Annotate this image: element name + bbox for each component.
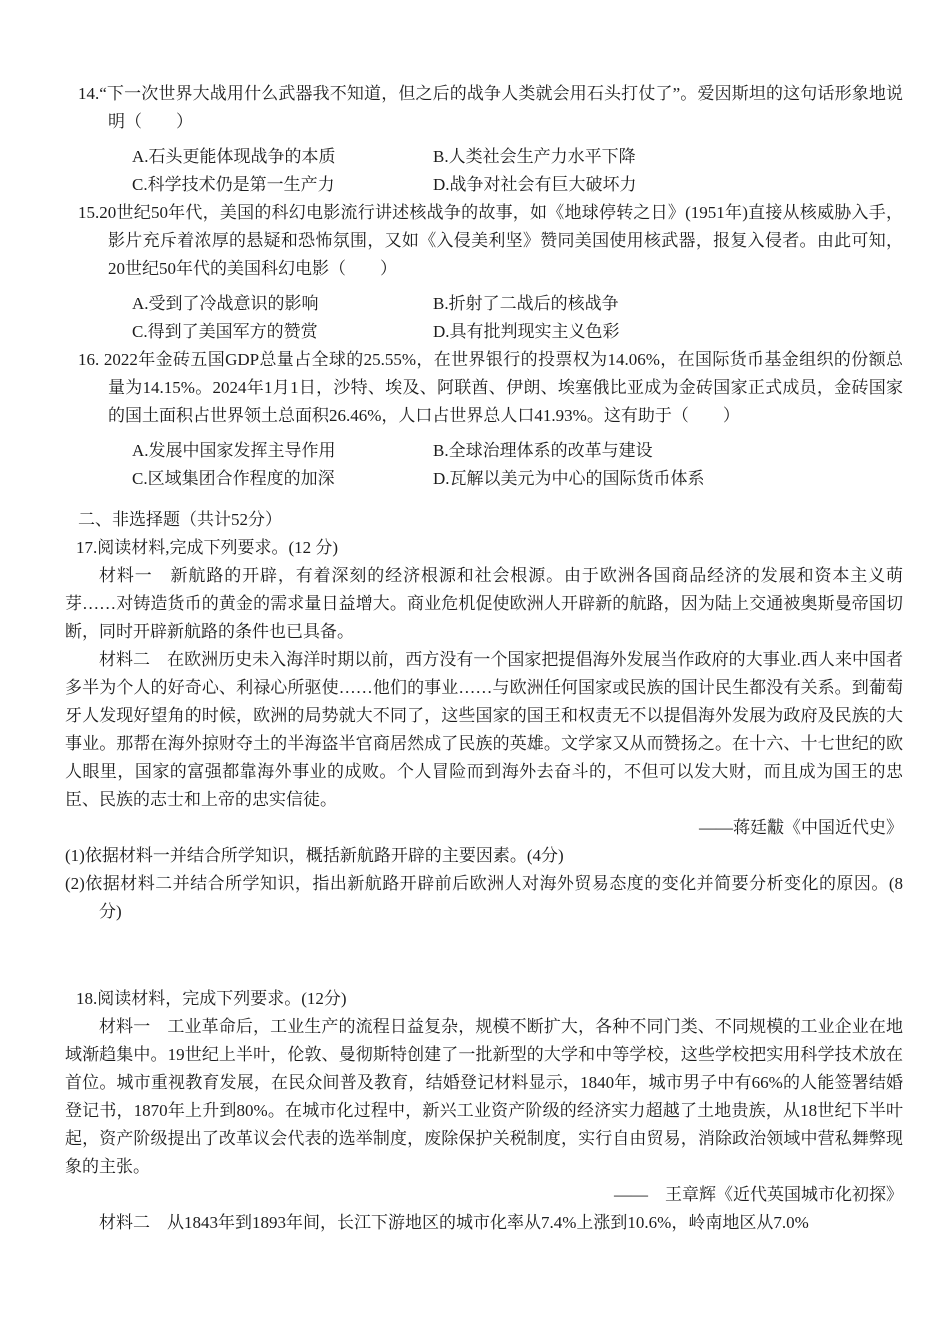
material-one-paragraph: 材料一 新航路的开辟，有着深刻的经济根源和社会根源。由于欧洲各国商品经济的发展和… (65, 562, 903, 646)
question-14-stem-line: 14.“下一次世界大战用什么武器我不知道，但之后的战争人类就会用石头打仗了”。爱… (78, 80, 903, 136)
question-number: 16. (78, 350, 99, 369)
material-one-paragraph: 材料一 工业革命后，工业生产的流程日益复杂，规模不断扩大，各种不同门类、不同规模… (65, 1013, 903, 1181)
material-two-partial-paragraph: 材料二 从1843年到1893年间，长江下游地区的城市化率从7.4%上涨到10.… (65, 1209, 903, 1237)
material-two-paragraph: 材料二 在欧洲历史未入海洋时期以前，西方没有一个国家把提倡海外发展当作政府的大事… (65, 646, 903, 814)
question-16-options: A.发展中国家发挥主导作用 B.全球治理体系的改革与建设 C.区域集团合作程度的… (78, 437, 903, 493)
option-c: C.区域集团合作程度的加深 (132, 465, 433, 493)
option-a: A.石头更能体现战争的本质 (132, 143, 433, 171)
question-15-options: A.受到了冷战意识的影响 B.折射了二战后的核战争 C.得到了美国军方的赞赏 D… (78, 290, 903, 346)
exam-document-page: 14.“下一次世界大战用什么武器我不知道，但之后的战争人类就会用石头打仗了”。爱… (0, 0, 950, 1344)
option-b: B.全球治理体系的改革与建设 (433, 437, 903, 465)
question-14: 14.“下一次世界大战用什么武器我不知道，但之后的战争人类就会用石头打仗了”。爱… (78, 80, 903, 199)
sub-question-1: (1)依据材料一并结合所学知识，概括新航路开辟的主要因素。(4分) (65, 842, 903, 870)
question-number: 14. (78, 84, 99, 103)
question-16-stem-line: 16. 2022年金砖五国GDP总量占全球的25.55%，在世界银行的投票权为1… (78, 346, 903, 430)
question-18: 18.阅读材料，完成下列要求。(12分) 材料一 工业革命后，工业生产的流程日益… (65, 985, 903, 1237)
source-attribution-jiang: ——蒋廷黻《中国近代史》 (65, 814, 903, 842)
option-c: C.科学技术仍是第一生产力 (132, 171, 433, 199)
question-stem: 20世纪50年代，美国的科幻电影流行讲述核战争的故事，如《地球停转之日》(195… (99, 203, 903, 278)
section-two-header: 二、非选择题（共计52分） (78, 506, 903, 534)
question-stem: “下一次世界大战用什么武器我不知道，但之后的战争人类就会用石头打仗了”。爱因斯坦… (99, 84, 903, 131)
question-14-options: A.石头更能体现战争的本质 B.人类社会生产力水平下降 C.科学技术仍是第一生产… (78, 143, 903, 199)
option-a: A.受到了冷战意识的影响 (132, 290, 433, 318)
question-17: 17.阅读材料,完成下列要求。(12 分) 材料一 新航路的开辟，有着深刻的经济… (65, 534, 903, 926)
option-c: C.得到了美国军方的赞赏 (132, 318, 433, 346)
option-d: D.瓦解以美元为中心的国际货币体系 (433, 465, 903, 493)
question-16: 16. 2022年金砖五国GDP总量占全球的25.55%，在世界银行的投票权为1… (78, 346, 903, 493)
question-18-heading: 18.阅读材料，完成下列要求。(12分) (76, 985, 903, 1013)
question-number: 15. (78, 203, 99, 222)
option-b: B.人类社会生产力水平下降 (433, 143, 903, 171)
option-b: B.折射了二战后的核战争 (433, 290, 903, 318)
question-stem: 2022年金砖五国GDP总量占全球的25.55%，在世界银行的投票权为14.06… (99, 350, 903, 425)
option-d: D.战争对社会有巨大破坏力 (433, 171, 903, 199)
question-15-stem-line: 15.20世纪50年代，美国的科幻电影流行讲述核战争的故事，如《地球停转之日》(… (78, 199, 903, 283)
question-17-heading: 17.阅读材料,完成下列要求。(12 分) (76, 534, 903, 562)
sub-question-2: (2)依据材料二并结合所学知识，指出新航路开辟前后欧洲人对海外贸易态度的变化并简… (65, 870, 903, 926)
question-15: 15.20世纪50年代，美国的科幻电影流行讲述核战争的故事，如《地球停转之日》(… (78, 199, 903, 346)
option-d: D.具有批判现实主义色彩 (433, 318, 903, 346)
source-attribution-wang: —— 王章辉《近代英国城市化初探》 (65, 1181, 903, 1209)
option-a: A.发展中国家发挥主导作用 (132, 437, 433, 465)
